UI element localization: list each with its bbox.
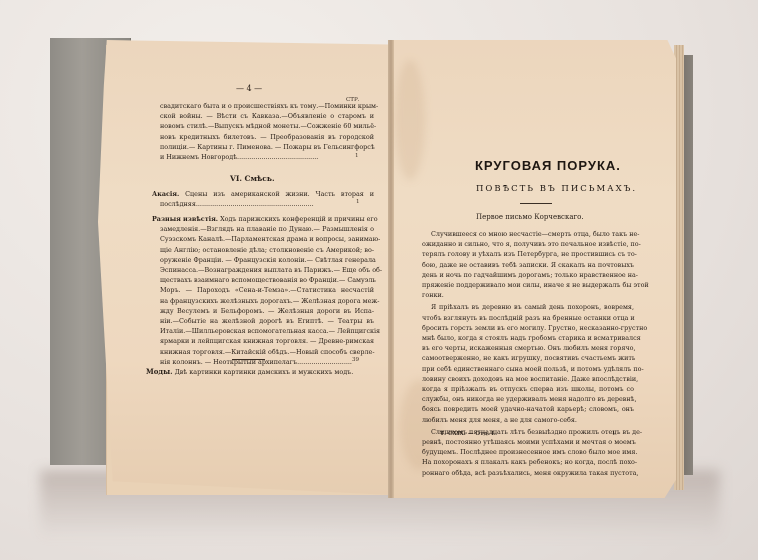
toc-line: Суэзскомъ Каналѣ.—Парламентская драма и … [160, 234, 374, 244]
text-line: ожиданно и сильно, что я, получивъ это п… [422, 239, 634, 249]
water-stain [395, 60, 425, 180]
toc-line: Эспинасса.—Вознаграждения выплата въ Пар… [160, 265, 374, 275]
toc-line: ніи.—Событіе на желѣзной дорогѣ въ Египт… [160, 316, 374, 326]
toc-page-number: 1 [356, 199, 360, 205]
story-subtitle: ПОВѢСТЬ ВЪ ПИСЬМАХЪ. [476, 184, 637, 194]
text-line: Я пріѣхалъ въ деревню въ самый день похо… [422, 302, 634, 312]
story-title: КРУГОВАЯ ПОРУКА. [475, 158, 621, 173]
text-line: На похоронахъ я плакалъ какъ ребенокъ; н… [422, 457, 634, 467]
text-line: когда я пріѣзжалъ въ отпускъ сперва изъ … [422, 384, 634, 394]
toc-line: ской войны. — Вѣсти съ Кавказа.—Объявлен… [160, 111, 374, 121]
toc-line: Ходъ парижскихъ конференцій и причины ег… [220, 215, 377, 223]
toc-line: на французскихъ желѣзныхъ дорогахъ.— Жел… [160, 296, 374, 306]
toc-entry-body: замедленія.—Взглядъ на плаваніе по Дунаю… [152, 224, 374, 367]
text-line: ловину своихъ доходовъ на мое воспитаніе… [422, 374, 634, 384]
text-line: мнѣ было, когда я стоялъ надъ гробомъ ст… [422, 333, 634, 343]
text-line: роннаго обѣда, всѣ разъѣхались, меня окр… [422, 468, 634, 478]
footer-page-number: 1 [612, 431, 616, 437]
toc-entry-news: Разныя извѣстія. Ходъ парижскихъ конфере… [152, 214, 374, 367]
text-line: бою, даже не оставивъ тебѣ записки. Я ск… [422, 260, 634, 270]
text-line: любилъ меня для меня, а не для самого-се… [422, 415, 634, 425]
text-line: терялъ голову и уѣхалъ изъ Петербурга, н… [422, 249, 634, 259]
toc-line: свадитскаго быта и о происшествіяхъ къ т… [160, 101, 374, 111]
toc-page-number: 1 [355, 153, 359, 159]
toc-continued-entry: свадитскаго быта и о происшествіяхъ къ т… [160, 101, 374, 162]
toc-line: щіе Англію; остановленіе дѣла; столкнове… [160, 245, 374, 255]
text-line: боясь повредить моей удачно-начатой карь… [422, 404, 634, 414]
divider [232, 359, 265, 360]
text-line: при себѣ единственнаго сына моей пользѣ,… [422, 364, 634, 374]
toc-line: полиціи.— Картины г. Пименова. — Пожары … [160, 142, 374, 152]
toc-line: новомъ стилѣ.—Выпускъ мѣдной монеты.—Сож… [160, 121, 374, 131]
story-body: Случившееся со мною несчастіе—смерть отц… [422, 229, 634, 478]
toc-line: послѣдняя...............................… [152, 199, 374, 209]
toc-line: книжная торговля.—Китайскій обѣдъ.—Новый… [160, 347, 374, 357]
footer-signature: Т. CXIX. — Отд. I. [440, 431, 496, 437]
toc-line: жду Весулемъ и Бельфоромъ. — Желѣзныя до… [160, 306, 374, 316]
toc-line: и Нижнемъ Новгородѣ.....................… [160, 152, 318, 162]
text-line: день и ночь по гадчайшимъ дорогамъ; толь… [422, 270, 634, 280]
toc-line: Двѣ картинки картинки дамскихъ и мужских… [175, 368, 354, 376]
text-line: самоотверженно, не какъ игрушку, посвяти… [422, 353, 634, 363]
toc-entry-lead: Разныя извѣстія. [152, 215, 218, 223]
toc-line: нія колоннъ. — Неоткрытый архипелагъ....… [160, 357, 374, 367]
text-line: ревнѣ, постоянно утѣшаясь моими успѣхами… [422, 437, 634, 447]
divider [520, 203, 552, 204]
section-heading: VI. Смѣсь. [230, 174, 275, 183]
toc-entry-akasia: Акасія. Сцены изъ американской жизни. Ча… [152, 189, 374, 209]
toc-entry-lead: Акасія. [152, 190, 179, 198]
text-line: бросить горсть земли въ его могилу. Грус… [422, 323, 634, 333]
toc-line: новъ кредитныхъ билетовъ. — Преобразован… [160, 132, 374, 142]
toc-entry-fashion: Моды. Двѣ картинки картинки дамскихъ и м… [146, 367, 376, 377]
toc-line: оруженіе Франціи. — Французскія колоніи.… [160, 255, 374, 265]
letter-heading: Первое письмо Корчевскаго. [476, 213, 584, 221]
text-line: чтобъ взглянуть въ послѣдній разъ на бре… [422, 313, 634, 323]
text-line: гонки. [422, 290, 634, 300]
toc-line: ярмарки и лейпцигская книжная торговля. … [160, 336, 374, 346]
toc-entry-lead: Моды. [146, 367, 173, 376]
toc-line: ществахъ взаимнаго вспомоществованія во … [160, 275, 374, 285]
text-line: Случившееся со мною несчастіе—смерть отц… [422, 229, 634, 239]
left-page-number: — 4 — [236, 84, 262, 93]
toc-line: Моръ. — Пароходъ «Сена-и-Темза».—Статист… [160, 285, 374, 295]
book-gutter [388, 40, 394, 498]
text-line: службы, онъ никогда не удерживалъ меня н… [422, 394, 634, 404]
text-line: въ его черты, искаженныя смертью. Онъ лю… [422, 343, 634, 353]
toc-line: Сцены изъ американской жизни. Часть втор… [185, 190, 374, 198]
text-line: пряженіе поддерживало мои силы, иначе я … [422, 280, 634, 290]
toc-page-number: 39 [352, 357, 359, 363]
toc-line: Италіи.—Шилльеровская вспомогательная ка… [160, 326, 374, 336]
toc-line: замедленія.—Взглядъ на плаваніе по Дунаю… [160, 224, 374, 234]
text-line: будущемъ. Послѣднее произнесенное имъ сл… [422, 447, 634, 457]
